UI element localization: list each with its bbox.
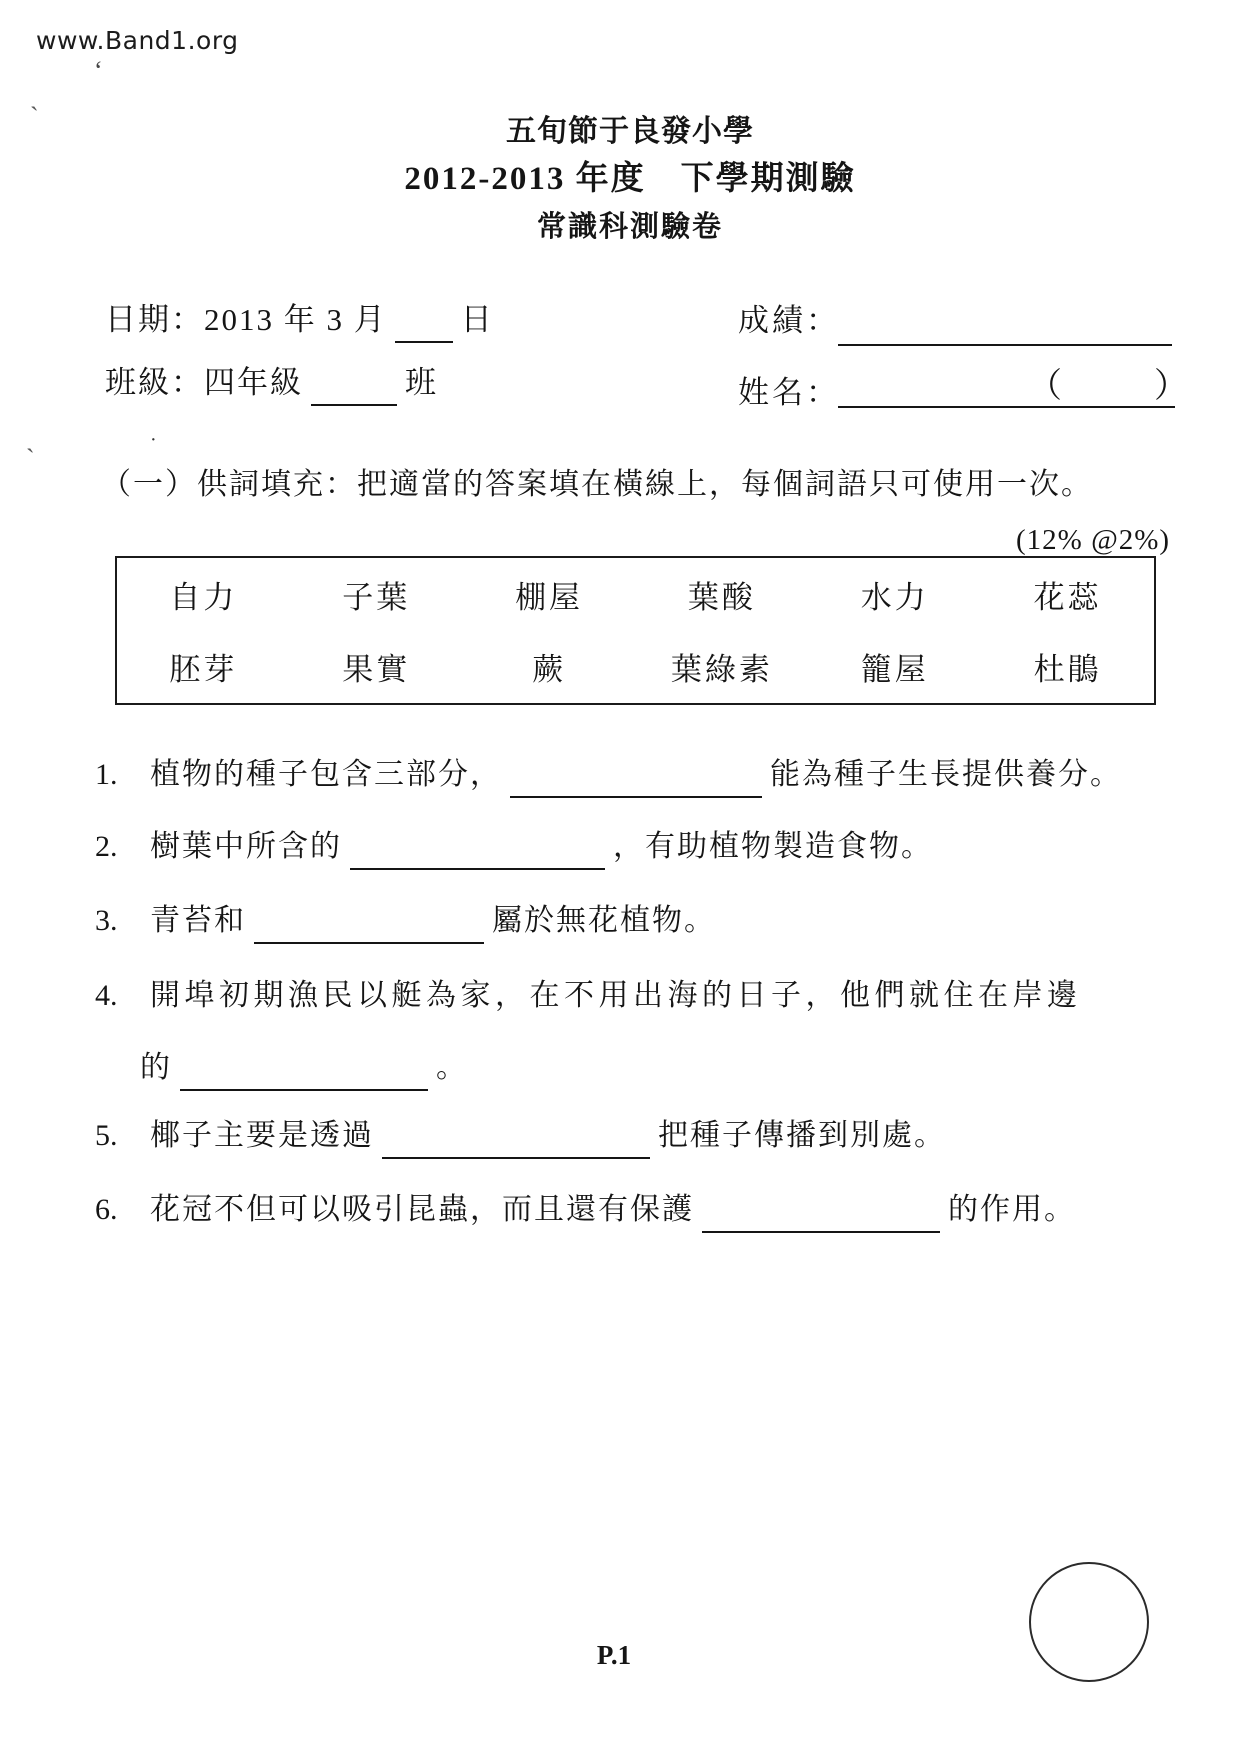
question-text-pre: 椰子主要是透過 <box>150 1119 374 1152</box>
scan-artifact: · <box>150 430 157 450</box>
class-label: 班級：四年級 <box>105 365 303 400</box>
word-bank-item: 杜鵑 <box>1034 644 1102 689</box>
school-name: 五旬節于良發小學 <box>10 106 1240 150</box>
question-text: 樹葉中所含的，有助植物製造食物。 <box>150 824 933 870</box>
word-bank-box: 自力 子葉 棚屋 葉酸 水力 花蕊 胚芽 果實 蕨 葉綠素 籠屋 杜鵑 <box>115 556 1156 705</box>
word-bank-item: 葉綠素 <box>671 644 773 689</box>
answer-blank <box>510 760 762 798</box>
scanned-test-paper: www.Band1.org ` ‘ · ˋ 五旬節于良發小學 2012-2013… <box>0 0 1240 1754</box>
question-2: 2. 樹葉中所含的，有助植物製造食物。 <box>95 824 933 870</box>
class-blank <box>311 366 397 406</box>
word-bank-item: 蕨 <box>532 644 566 689</box>
question-text-pre: 花冠不但可以吸引昆蟲，而且還有保護 <box>150 1193 694 1226</box>
paper-title: 常識科測驗卷 <box>10 204 1240 245</box>
question-number: 6. <box>95 1187 150 1233</box>
word-bank-item: 花蕊 <box>1034 572 1102 617</box>
question-text: 開埠初期漁民以艇為家，在不用出海的日子，他們就住在岸邊 <box>150 973 1082 1019</box>
question-number: 2. <box>95 824 150 870</box>
question-1: 1. 植物的種子包含三部分，能為種子生長提供養分。 <box>95 752 1122 798</box>
question-text-post: 的作用。 <box>948 1193 1076 1226</box>
question-text-post: 能為種子生長提供養分。 <box>770 758 1122 791</box>
word-bank-item: 自力 <box>169 572 237 617</box>
question-text-pre: 樹葉中所含的 <box>150 830 342 863</box>
question-text-post: 。 <box>436 1051 468 1084</box>
question-number: 5. <box>95 1113 150 1159</box>
word-bank-item: 葉酸 <box>688 572 756 617</box>
question-text: 的。 <box>140 1045 468 1091</box>
answer-blank <box>702 1195 940 1233</box>
name-paren-open: （ <box>1028 370 1062 404</box>
word-bank-item: 子葉 <box>342 572 410 617</box>
question-text: 植物的種子包含三部分，能為種子生長提供養分。 <box>150 752 1122 798</box>
question-text-pre: 青苔和 <box>150 904 246 937</box>
question-4-line-2: 的。 <box>140 1045 468 1091</box>
answer-blank <box>350 832 605 870</box>
section-1-instruction: （一）供詞填充：把適當的答案填在橫線上，每個詞語只可使用一次。 <box>101 462 1093 508</box>
question-5: 5. 椰子主要是透過把種子傳播到別處。 <box>95 1113 946 1159</box>
grade-circle-mark <box>1029 1562 1149 1682</box>
date-day-blank <box>395 303 453 343</box>
question-3: 3. 青苔和屬於無花植物。 <box>95 898 716 944</box>
question-text: 花冠不但可以吸引昆蟲，而且還有保護的作用。 <box>150 1187 1076 1233</box>
marks-note: (12% @2%) <box>1016 524 1170 557</box>
question-number: 4. <box>95 973 150 1019</box>
class-field: 班級：四年級班 <box>105 360 438 406</box>
question-6: 6. 花冠不但可以吸引昆蟲，而且還有保護的作用。 <box>95 1187 1076 1233</box>
scan-artifact: ˋ <box>26 446 35 472</box>
name-paren-close: ） <box>1154 370 1188 404</box>
question-4-line-1: 4. 開埠初期漁民以艇為家，在不用出海的日子，他們就住在岸邊 <box>95 973 1082 1019</box>
answer-blank <box>254 906 484 944</box>
question-text-pre: 植物的種子包含三部分， <box>150 758 502 791</box>
word-bank-item: 棚屋 <box>515 572 583 617</box>
question-text: 椰子主要是透過把種子傳播到別處。 <box>150 1113 946 1159</box>
exam-term-title: 2012-2013 年度 下學期測驗 <box>10 152 1240 199</box>
question-text: 青苔和屬於無花植物。 <box>150 898 716 944</box>
answer-blank <box>382 1121 650 1159</box>
word-bank-item: 籠屋 <box>861 644 929 689</box>
question-text-post: 把種子傳播到別處。 <box>658 1119 946 1152</box>
website-watermark: www.Band1.org <box>36 26 239 55</box>
name-label: 姓名： <box>738 370 840 416</box>
question-number: 3. <box>95 898 150 944</box>
question-text-post: ，有助植物製造食物。 <box>613 830 933 863</box>
date-suffix: 日 <box>461 302 494 337</box>
class-suffix: 班 <box>405 365 438 400</box>
word-bank-item: 水力 <box>861 572 929 617</box>
score-blank-line <box>838 310 1172 346</box>
answer-blank <box>180 1053 428 1091</box>
word-bank-item: 果實 <box>342 644 410 689</box>
question-text-pre: 的 <box>140 1051 172 1084</box>
question-text-post: 屬於無花植物。 <box>492 904 716 937</box>
word-bank-item: 胚芽 <box>169 644 237 689</box>
date-label: 日期：2013 年 3 月 <box>105 302 387 337</box>
scan-artifact: ‘ <box>94 58 103 84</box>
name-blank-line: （ ） <box>838 372 1175 408</box>
date-field: 日期：2013 年 3 月日 <box>105 297 494 343</box>
score-label: 成績： <box>738 298 840 344</box>
question-number: 1. <box>95 752 150 798</box>
